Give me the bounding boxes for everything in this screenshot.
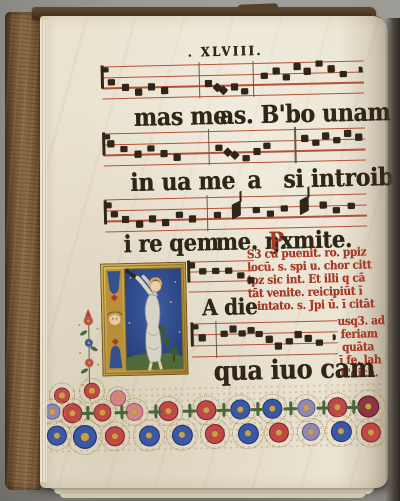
flower-center xyxy=(365,403,372,410)
neume-note xyxy=(315,60,322,67)
leaf-cross-motif xyxy=(148,404,162,418)
flower-petals xyxy=(138,425,159,446)
flower-petals xyxy=(47,426,67,446)
neume-note xyxy=(148,83,155,90)
flower-center xyxy=(59,393,64,398)
folio-number: . XLVIII. xyxy=(165,44,285,60)
flower-center xyxy=(245,430,251,436)
flower-petals xyxy=(330,420,351,441)
flower-petals xyxy=(302,423,321,442)
neume-note xyxy=(230,326,237,333)
flower-petals xyxy=(297,399,316,418)
flower-petals xyxy=(110,390,126,406)
clef-mark xyxy=(190,322,193,346)
flower-rosette xyxy=(297,418,326,447)
flower-rosette xyxy=(232,417,265,450)
neume-note xyxy=(274,342,281,349)
flower-center xyxy=(81,433,88,440)
flower-petals xyxy=(73,425,97,449)
flower-center xyxy=(69,410,75,416)
flower-center xyxy=(146,432,152,438)
neume-note xyxy=(161,87,168,94)
neume-note xyxy=(261,72,268,79)
neume-note xyxy=(198,334,205,341)
neume-note xyxy=(266,211,273,218)
liquescent-neume xyxy=(300,196,309,216)
leaf-cross-motif xyxy=(250,402,264,416)
neume-note xyxy=(264,142,271,149)
neume-note xyxy=(238,272,245,279)
music-stave xyxy=(105,194,368,232)
neume-note xyxy=(301,135,308,142)
neume-note xyxy=(312,139,319,146)
neume-note xyxy=(304,68,311,75)
bar-line xyxy=(215,321,217,358)
flower-rosette xyxy=(166,418,199,451)
neume-note xyxy=(149,215,156,222)
staff-line xyxy=(188,270,254,273)
initial-artwork xyxy=(100,262,189,377)
flower-petals xyxy=(171,424,192,445)
neume-note xyxy=(281,205,288,212)
neume-note xyxy=(226,267,233,274)
bar-line xyxy=(252,61,254,97)
flower-center xyxy=(338,428,344,434)
rubric-7: feriam xyxy=(341,328,378,341)
chant-line2-c: si introibt xyxy=(283,165,400,192)
neume-note xyxy=(283,74,290,81)
bar-line xyxy=(294,127,296,163)
flower-center xyxy=(203,407,209,413)
chant-line2-a: in ua me xyxy=(130,169,235,196)
chant-line3-a: i re qem xyxy=(123,230,218,256)
neume-note xyxy=(121,146,128,153)
music-stave xyxy=(103,128,366,166)
neume-note xyxy=(136,221,143,228)
neume-note xyxy=(253,148,260,155)
neume-note xyxy=(241,88,248,95)
bar-line xyxy=(208,129,210,165)
flower-center xyxy=(54,433,60,439)
music-stave xyxy=(191,320,338,356)
chant-line1-a: mas me xyxy=(133,104,227,131)
leaf-cross-motif xyxy=(283,401,297,415)
neume-note xyxy=(272,68,279,75)
flower-center xyxy=(276,430,282,436)
chant-line1-b: as. B'bo unam xyxy=(219,100,390,129)
clef-nub xyxy=(106,202,112,208)
chant-line2-b: a xyxy=(247,168,262,193)
flower-petals xyxy=(361,422,381,442)
bar-line xyxy=(198,62,200,98)
rubric-5: intato. s. Jpi ū. ī citāt xyxy=(257,298,375,312)
flower-center xyxy=(50,409,55,414)
gutter-shadow xyxy=(385,18,400,501)
flower-center xyxy=(269,406,275,412)
neume-note xyxy=(176,212,183,219)
neume-ascender xyxy=(307,186,309,198)
neume-note xyxy=(293,63,300,70)
leaf-cross-motif xyxy=(316,400,330,414)
staff-line xyxy=(188,280,254,283)
neume-note xyxy=(327,65,334,72)
clef-mark xyxy=(187,261,190,283)
neume-note xyxy=(147,145,154,152)
floral-border xyxy=(47,381,384,453)
bar-line xyxy=(207,195,209,231)
flower-petals xyxy=(196,400,216,420)
neume-note xyxy=(204,80,211,87)
clef-nub xyxy=(103,67,109,73)
clef-nub xyxy=(189,262,195,268)
chant-adie: A die xyxy=(202,295,258,319)
neume-note xyxy=(320,202,327,209)
music-stave xyxy=(102,61,365,99)
neume-note xyxy=(253,207,260,214)
flower-rosette xyxy=(356,417,387,448)
flower-center xyxy=(212,431,218,437)
flower-petals xyxy=(262,399,282,419)
flower-center xyxy=(368,429,374,435)
flower-rosette xyxy=(200,419,231,450)
neume-note xyxy=(215,145,222,152)
neume-note xyxy=(221,330,228,337)
neume-note xyxy=(333,207,340,214)
flower-petals xyxy=(237,423,258,444)
neume-note xyxy=(243,155,250,162)
neume-note xyxy=(231,84,238,91)
neume-note xyxy=(248,277,255,284)
neume-note xyxy=(322,133,329,140)
flower-center xyxy=(334,404,340,410)
neume-note xyxy=(173,154,180,161)
flower-center xyxy=(165,408,171,414)
neume-note xyxy=(285,338,292,345)
page-stack-edge xyxy=(60,492,366,498)
rubric-6: usq3. ad xyxy=(337,315,385,328)
flower-rosette xyxy=(325,415,358,448)
leaf-cross-motif xyxy=(80,406,94,420)
flower-center xyxy=(308,429,314,435)
flower-center xyxy=(89,388,94,393)
clef-nub xyxy=(192,324,198,330)
neume-note xyxy=(110,211,117,218)
clef-mark xyxy=(102,132,105,156)
neume-note xyxy=(256,331,263,338)
neume-note xyxy=(122,84,129,91)
clef-nub xyxy=(104,134,110,140)
neume-note xyxy=(135,89,142,96)
neume-note xyxy=(248,327,255,334)
flower-center xyxy=(304,405,310,411)
neume-note xyxy=(162,219,169,226)
neume-note xyxy=(333,137,340,144)
flower-center xyxy=(116,396,121,401)
illuminated-initial-miniature xyxy=(100,262,189,377)
neume-note xyxy=(199,268,206,275)
flower-petals xyxy=(83,382,100,399)
flower-center xyxy=(112,433,118,439)
flower-center xyxy=(179,432,185,438)
neume-note xyxy=(316,339,323,346)
neume-note xyxy=(214,212,221,219)
flower-rosette xyxy=(264,417,295,448)
custos-mark xyxy=(359,66,363,72)
page-content: . XLVIII.mas meas. B'bo unamin ua measi … xyxy=(34,12,393,492)
leaf-cross-motif xyxy=(182,403,196,417)
staff-line xyxy=(188,260,254,263)
clef-mark xyxy=(101,65,104,89)
neume-note xyxy=(339,71,346,78)
neume-note xyxy=(345,130,352,137)
flower-rosette xyxy=(67,419,104,456)
flower-rosette xyxy=(133,419,166,452)
custos-mark xyxy=(332,334,336,340)
neume-note xyxy=(122,216,129,223)
leaf-cross-motif xyxy=(216,403,230,417)
flower-center xyxy=(237,406,243,412)
neume-note xyxy=(134,151,141,158)
neume-note xyxy=(238,330,245,337)
staff-line xyxy=(192,331,338,336)
clef-mark xyxy=(104,200,107,224)
chant-line-last: qua iuo cam xyxy=(213,354,375,385)
page-edge-left xyxy=(40,20,47,482)
flower-center xyxy=(100,410,106,416)
neume-note xyxy=(355,134,362,141)
parchment-page: . XLVIII.mas meas. B'bo unamin ua measi … xyxy=(40,16,388,488)
neume-note xyxy=(107,79,114,86)
staff-line xyxy=(102,71,364,78)
staff-line xyxy=(191,320,337,325)
neume-note xyxy=(108,141,115,148)
neume-note xyxy=(160,150,167,157)
music-stave xyxy=(188,260,255,291)
flower-petals xyxy=(269,423,289,443)
neume-note xyxy=(219,86,228,95)
flower-petals xyxy=(205,424,225,444)
neume-note xyxy=(212,268,219,275)
flower-rosette xyxy=(100,421,131,452)
neume-note xyxy=(266,336,273,343)
flower-center xyxy=(132,409,138,415)
neume-note xyxy=(305,335,312,342)
neume-ascender xyxy=(239,191,241,203)
neume-note xyxy=(295,331,302,338)
neume-note xyxy=(189,216,196,223)
staff-line xyxy=(103,138,365,145)
flower-petals xyxy=(105,426,125,446)
staff-line xyxy=(102,61,364,68)
leaf-cross-motif xyxy=(114,405,128,419)
manuscript-photo: . XLVIII.mas meas. B'bo unamin ua measi … xyxy=(0,0,400,501)
leaf-cross-motif xyxy=(346,400,360,414)
neume-note xyxy=(347,202,354,209)
